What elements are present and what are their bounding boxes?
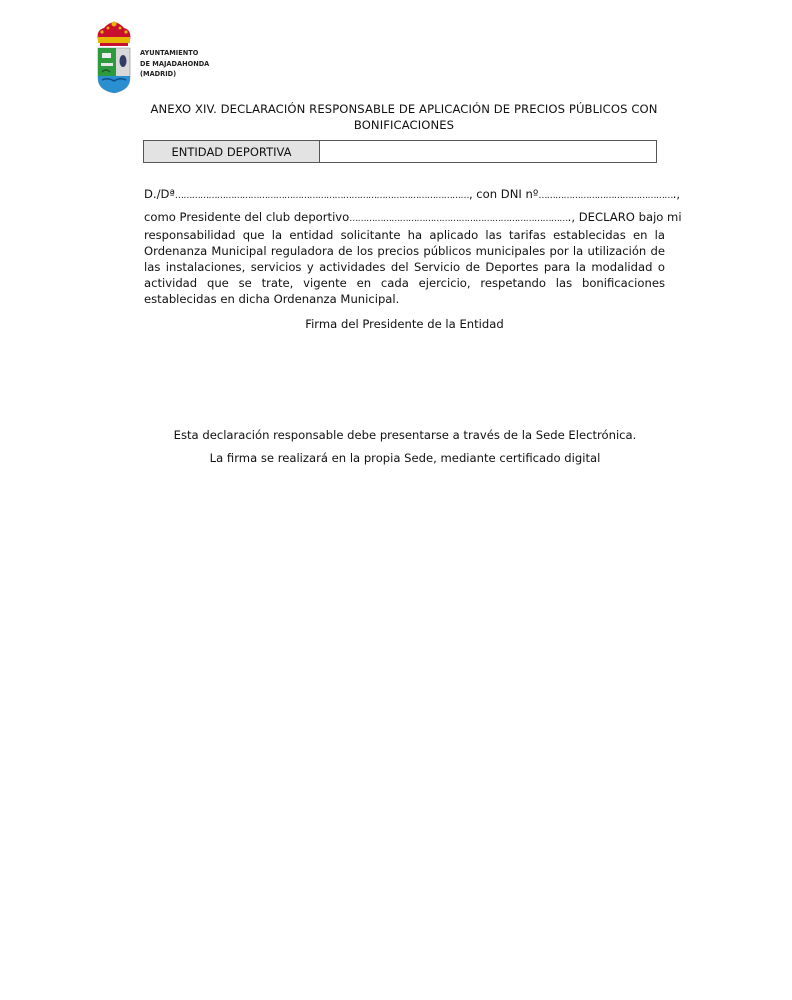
dni-suffix: ., <box>673 187 680 201</box>
document-title: ANEXO XIV. DECLARACIÓN RESPONSABLE DE AP… <box>140 101 668 133</box>
institution-line: DE MAJADAHONDA <box>140 59 209 70</box>
footer-note: La firma se realizará en la propia Sede,… <box>140 451 670 465</box>
institution-line: (MADRID) <box>140 69 209 80</box>
dni-label: , con DNI nº <box>469 187 538 201</box>
declaration-body: responsabilidad que la entidad solicitan… <box>144 227 665 307</box>
club-blank[interactable]: …………………………………………………………………… <box>349 214 567 224</box>
footer-note: Esta declaración responsable debe presen… <box>140 428 670 442</box>
declaration-text: D./Dª……………………………………………………………………………………………… <box>144 186 665 307</box>
entity-value-field[interactable] <box>320 141 656 162</box>
club-line: como Presidente del club deportivo ……………… <box>144 209 665 227</box>
institution-name: AYUNTAMIENTO DE MAJADAHONDA (MADRID) <box>140 48 209 80</box>
dni-blank[interactable]: ………………………………………… <box>538 191 672 201</box>
signature-label: Firma del Presidente de la Entidad <box>144 317 665 331</box>
name-blank[interactable]: …………………………………………………………………………………………… <box>175 191 469 201</box>
name-dni-line: D./Dª……………………………………………………………………………………………… <box>144 186 665 204</box>
name-prefix: D./Dª <box>144 187 175 201</box>
club-suffix: ., DECLARO bajo mi <box>568 210 682 224</box>
entity-label: ENTIDAD DEPORTIVA <box>144 141 320 162</box>
institution-line: AYUNTAMIENTO <box>140 48 209 59</box>
coat-of-arms-icon <box>94 20 134 94</box>
club-prefix: como Presidente del club deportivo <box>144 209 349 227</box>
entity-table: ENTIDAD DEPORTIVA <box>143 140 657 163</box>
